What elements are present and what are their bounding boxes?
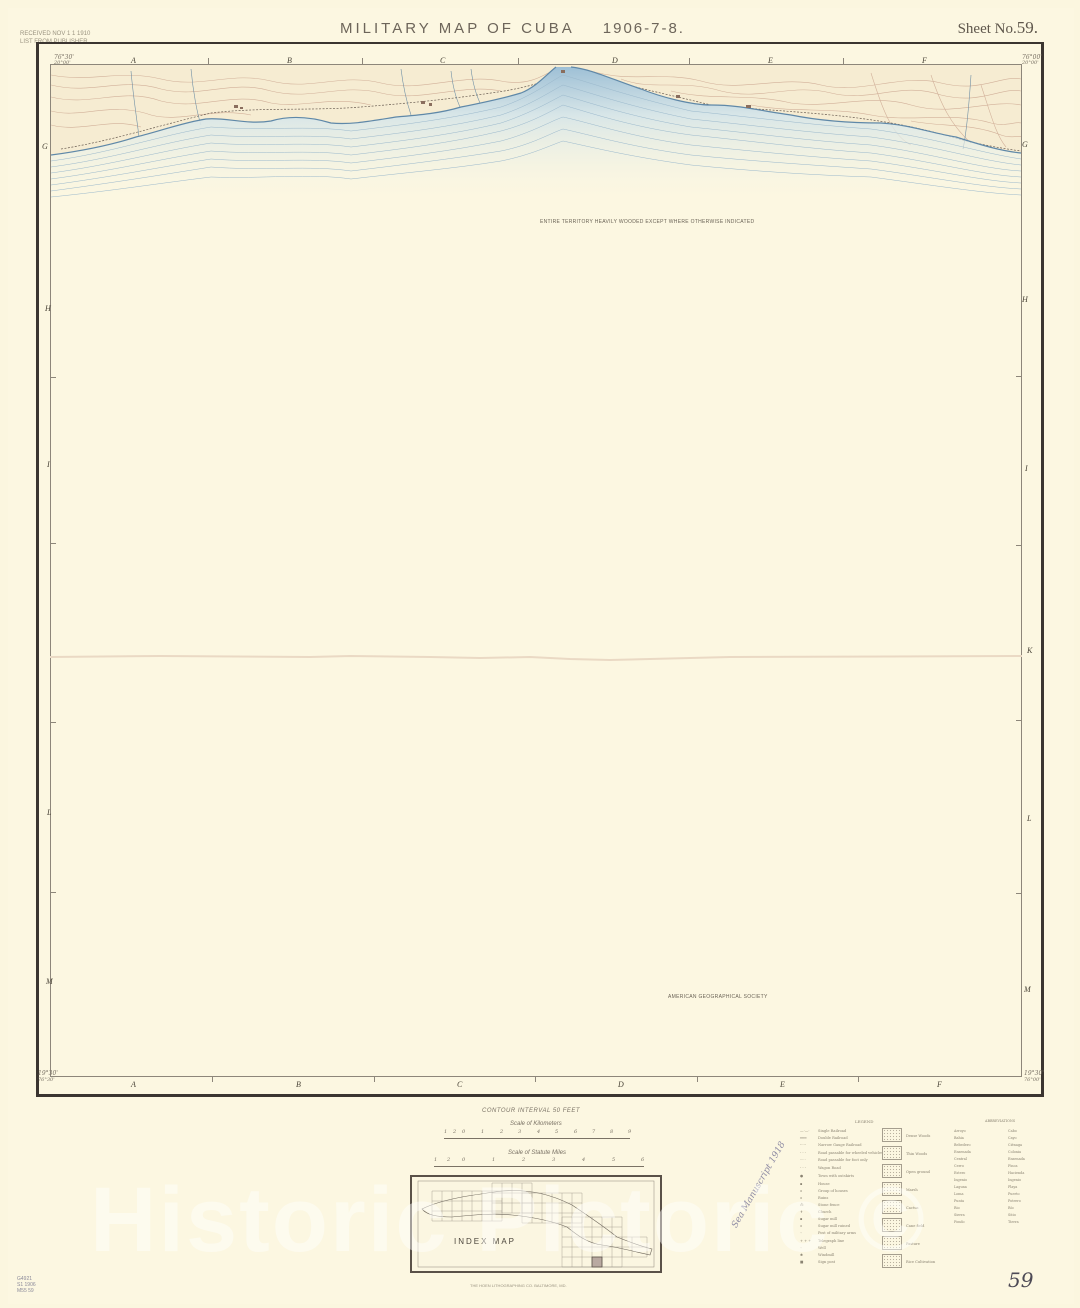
abbreviation-item: Estero — [954, 1171, 965, 1175]
legend-swatch-label: Rice Cultivation — [906, 1260, 935, 1264]
abbreviation-item: Playa — [1008, 1185, 1017, 1189]
abbreviation-item: Rio — [954, 1206, 960, 1210]
mile-tick: 2 — [447, 1157, 450, 1163]
col-label-top-a: A — [131, 56, 136, 65]
legend-swatch-open-ground — [882, 1164, 902, 1178]
km-tick: 1 — [444, 1129, 447, 1135]
inner-neatline — [50, 64, 1022, 1077]
abbreviation-item: Ensenada — [1008, 1157, 1025, 1161]
lithographer-credit: THE HOEN LITHOGRAPHING CO. BALTIMORE, MD… — [470, 1283, 567, 1288]
coord-bottom-left: 19°30' — [38, 1070, 58, 1077]
mile-tick: 1 — [492, 1157, 495, 1163]
col-label-top-f: F — [922, 56, 927, 65]
fold-crease — [50, 654, 1022, 662]
mile-tick: 0 — [462, 1157, 465, 1163]
legend-swatch-label: Marsh — [906, 1188, 918, 1192]
abbreviation-item: Ciénaga — [1008, 1143, 1022, 1147]
row-label-right-i: I — [1025, 464, 1028, 473]
col-label-top-e: E — [768, 56, 773, 65]
legend-swatch-marsh — [882, 1182, 902, 1196]
abbreviation-item: Fondo — [954, 1220, 965, 1224]
abbreviation-item: Sierra — [954, 1213, 965, 1217]
index-map-grid — [412, 1177, 660, 1271]
legend-swatch-label: Pasture — [906, 1242, 920, 1246]
legend-item: ●Town with outskirts — [800, 1174, 854, 1180]
col-label-bottom-c: C — [457, 1080, 462, 1089]
km-tick: 3 — [518, 1129, 521, 1135]
legend-item: ■Sign post — [800, 1260, 835, 1266]
abbreviation-item: Punta — [954, 1199, 964, 1203]
abbreviation-item: Cabo — [1008, 1129, 1017, 1133]
col-label-bottom-d: D — [618, 1080, 624, 1089]
legend-swatch-pasture — [882, 1236, 902, 1250]
legend-item: ⁂Stone fence — [800, 1203, 840, 1209]
abbreviation-item: Arroyo — [954, 1129, 966, 1133]
abbreviations-table: ABBREVIATIONS Arroyo Bahia Bebedero Ense… — [950, 1115, 1060, 1235]
row-label-right-m: M — [1024, 985, 1031, 994]
legend-item: ◦Post of military arms — [800, 1231, 856, 1237]
abbreviations-title: ABBREVIATIONS — [985, 1119, 1015, 1123]
mile-tick: 2 — [522, 1157, 525, 1163]
km-tick: 8 — [610, 1129, 613, 1135]
index-map-label: INDEX MAP — [454, 1237, 516, 1246]
abbreviation-item: Puerto — [1008, 1192, 1020, 1196]
km-tick: 5 — [555, 1129, 558, 1135]
legend-item: ·····Road passable for foot only — [800, 1158, 868, 1164]
legend-item: ▪House — [800, 1182, 830, 1188]
row-label-left-g: G — [42, 142, 48, 151]
row-label-left-m: M — [46, 977, 53, 986]
abbreviation-item: Bebedero — [954, 1143, 971, 1147]
row-label-right-h: H — [1022, 295, 1028, 304]
legend-item: + + +Telegraph line — [800, 1239, 844, 1245]
legend-item: ▪Sugar mill — [800, 1217, 837, 1223]
legend-item: - - -Road passable for wheeled vehicles — [800, 1151, 883, 1157]
stamp-line-1: RECEIVED NOV 1 1 1910 — [20, 30, 90, 38]
legend: LEGEND —·—·Single Railroad ═══Double Rai… — [800, 1115, 960, 1275]
legend-item: - - -Wagon Road — [800, 1166, 841, 1172]
miles-scale-title: Scale of Statute Miles — [508, 1150, 566, 1156]
col-label-bottom-b: B — [296, 1080, 301, 1089]
col-label-top-c: C — [440, 56, 445, 65]
sheet-number-value: 59. — [1017, 18, 1038, 37]
abbreviation-item: Central — [954, 1157, 967, 1161]
legend-swatch-rice — [882, 1254, 902, 1268]
legend-title: LEGEND — [855, 1119, 873, 1124]
abbreviation-item: Laguna — [954, 1185, 967, 1189]
abbreviation-item: Finca — [1008, 1164, 1018, 1168]
row-label-right-k: K — [1027, 646, 1032, 655]
legend-item: ✱Windmill — [800, 1253, 834, 1259]
km-tick: 7 — [592, 1129, 595, 1135]
handwritten-sheet-number: 59 — [1008, 1268, 1033, 1292]
legend-item: ◦Well — [800, 1246, 826, 1252]
row-label-right-l: L — [1027, 814, 1031, 823]
coord-bottom-right: 19°30' — [1024, 1070, 1044, 1077]
legend-swatch-thin-woods — [882, 1146, 902, 1160]
mile-tick: 4 — [582, 1157, 585, 1163]
catalog-number: G4921 S1 1906 M55 59 — [17, 1276, 36, 1294]
title-year: 1906-7-8. — [603, 20, 685, 37]
abbreviation-item: Tierra — [1008, 1220, 1019, 1224]
legend-item: ▫Sugar mill ruined — [800, 1224, 850, 1230]
abbreviation-item: Cerro — [954, 1164, 964, 1168]
contour-interval: CONTOUR INTERVAL 50 FEET — [482, 1108, 580, 1114]
abbreviation-item: Sitio — [1008, 1213, 1016, 1217]
mile-tick: 6 — [641, 1157, 644, 1163]
map-title: MILITARY MAP OF CUBA1906-7-8. — [340, 20, 685, 37]
row-label-right-g: G — [1022, 140, 1028, 149]
km-tick: 2 — [500, 1129, 503, 1135]
col-label-bottom-f: F — [937, 1080, 942, 1089]
legend-swatch-label: Cane field — [906, 1224, 924, 1228]
mile-tick: 3 — [552, 1157, 555, 1163]
abbreviation-item: Potrero — [1008, 1199, 1021, 1203]
km-tick: 6 — [574, 1129, 577, 1135]
legend-item: —·—·Single Railroad — [800, 1129, 846, 1135]
mile-tick: 1 — [434, 1157, 437, 1163]
legend-item: ═══Double Railroad — [800, 1136, 848, 1142]
abbreviation-item: Hacienda — [1008, 1171, 1024, 1175]
coord-bottom-left-lon: 76°30' — [38, 1077, 55, 1083]
abbreviation-item: Río — [1008, 1206, 1014, 1210]
row-label-left-h: H — [45, 304, 51, 313]
legend-item: ✝Church — [800, 1210, 831, 1216]
miles-scale-bar — [434, 1166, 644, 1167]
coord-top-right-lat: 20°00' — [1022, 60, 1039, 66]
legend-swatch-cane-field — [882, 1218, 902, 1232]
mile-tick: 5 — [612, 1157, 615, 1163]
sheet-number: Sheet No.59. — [958, 18, 1038, 38]
woodland-note: ENTIRE TERRITORY HEAVILY WOODED EXCEPT W… — [540, 219, 754, 225]
col-label-top-b: B — [287, 56, 292, 65]
sheet-label: Sheet No. — [958, 21, 1017, 37]
publisher-note: AMERICAN GEOGRAPHICAL SOCIETY — [668, 994, 768, 1000]
col-label-top-d: D — [612, 56, 618, 65]
abbreviation-item: Colonia — [1008, 1150, 1021, 1154]
km-scale-bar — [444, 1138, 630, 1139]
abbreviation-item: Ingenio — [1008, 1178, 1021, 1182]
coastline-topography — [51, 65, 1021, 205]
legend-swatch-label: Open ground — [906, 1170, 930, 1174]
km-tick: 2 — [453, 1129, 456, 1135]
catalog-line: M55 59 — [17, 1288, 36, 1294]
legend-item: ▫Group of houses — [800, 1189, 848, 1195]
highlighted-sheet-59 — [592, 1257, 602, 1267]
index-map: INDEX MAP — [410, 1175, 662, 1273]
km-tick: 4 — [537, 1129, 540, 1135]
col-label-bottom-a: A — [131, 1080, 136, 1089]
legend-item: ▫Ruins — [800, 1196, 828, 1202]
abbreviation-item: Loma — [954, 1192, 964, 1196]
legend-swatch-cactus — [882, 1200, 902, 1214]
row-label-left-i: I — [47, 460, 50, 469]
km-tick: 0 — [462, 1129, 465, 1135]
km-tick: 1 — [481, 1129, 484, 1135]
legend-item: -·-·-Narrow Gauge Railroad — [800, 1143, 862, 1149]
legend-swatch-label: Dense Woods — [906, 1134, 930, 1138]
km-tick: 9 — [628, 1129, 631, 1135]
row-label-left-l: L — [47, 808, 51, 817]
abbreviation-item: Cayo — [1008, 1136, 1017, 1140]
km-scale-title: Scale of Kilometers — [510, 1121, 562, 1127]
abbreviation-item: Bahia — [954, 1136, 964, 1140]
abbreviation-item: Ingenio — [954, 1178, 967, 1182]
legend-swatch-label: Thin Woods — [906, 1152, 927, 1156]
title-text: MILITARY MAP OF CUBA — [340, 20, 575, 37]
coord-bottom-right-lon: 76°00' — [1024, 1077, 1041, 1083]
legend-swatch-label: Cactus — [906, 1206, 919, 1210]
col-label-bottom-e: E — [780, 1080, 785, 1089]
abbreviation-item: Ensenada — [954, 1150, 971, 1154]
legend-swatch-dense-woods — [882, 1128, 902, 1142]
